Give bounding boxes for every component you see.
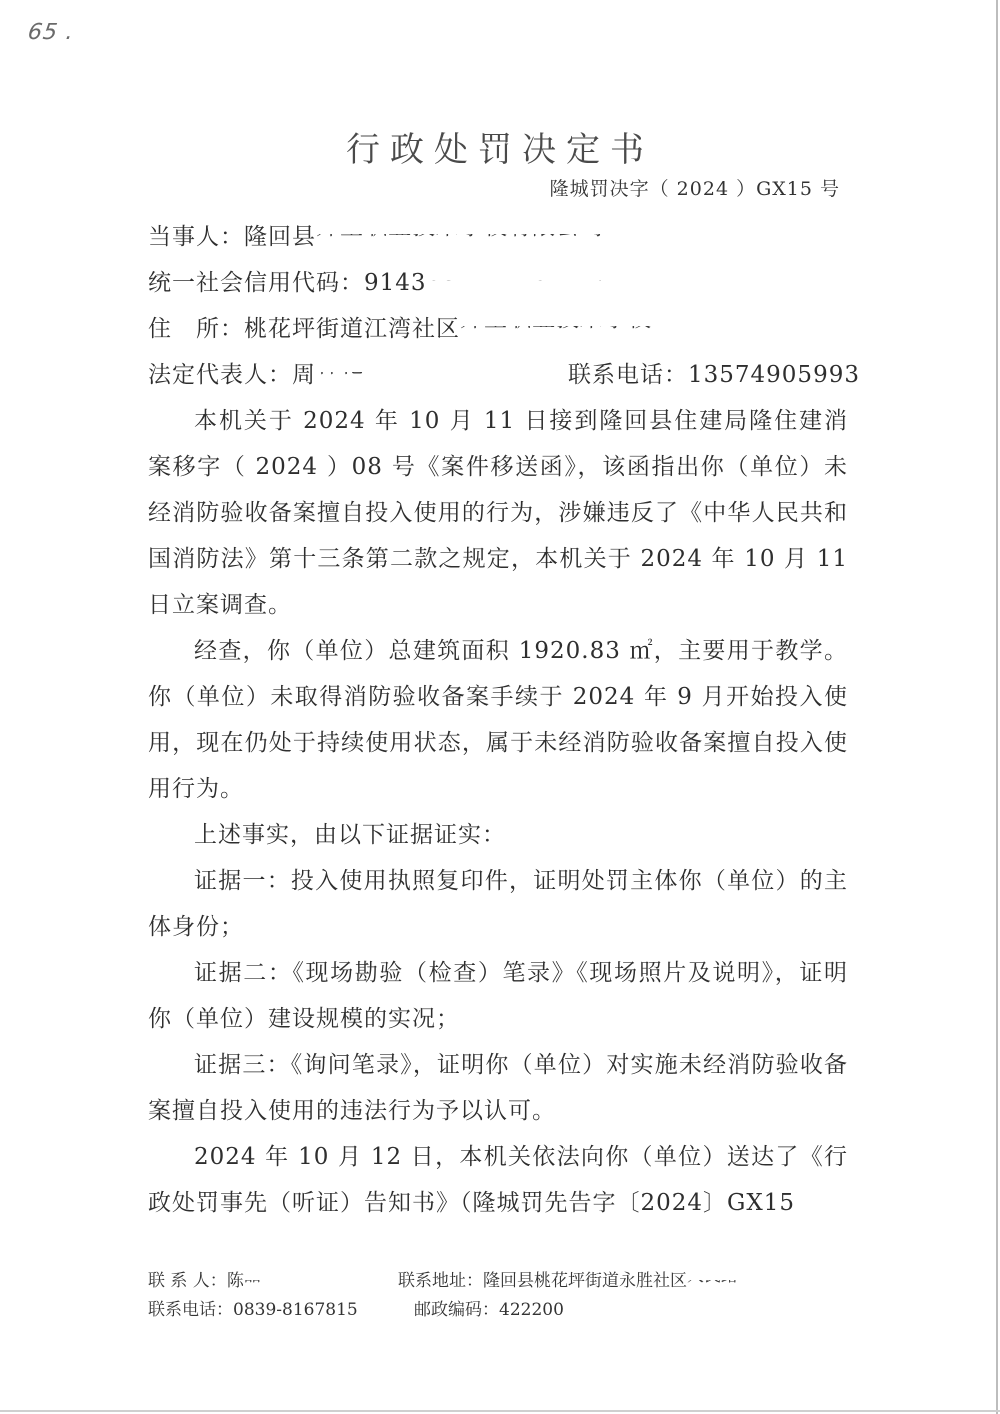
postal-code-value: 422200: [499, 1300, 564, 1320]
phone-field: 联系电话：13574905993: [568, 352, 860, 398]
contact-address-value: 隆回县桃花坪街道永胜社区: [483, 1271, 687, 1291]
page-edge-bottom: [0, 1410, 1000, 1412]
credit-code-field: 统一社会信用代码：91430521MACTENRT1T: [148, 260, 848, 306]
contact-address-redacted: 人民路: [687, 1280, 738, 1288]
credit-code-label: 统一社会信用代码：: [148, 270, 364, 296]
contact-address-field: 联系地址：隆回县桃花坪街道永胜社区人民路: [398, 1267, 738, 1296]
legal-rep-field: 法定代表人：周林花 联系电话：13574905993: [148, 352, 848, 398]
page-edge-right: [996, 0, 998, 1414]
document-content: 当事人：隆回县开垦职业技术学校有限公司 统一社会信用代码：91430521MAC…: [148, 214, 848, 1226]
contact-person-label: 联 系 人：: [148, 1271, 227, 1291]
address-field: 住 所：桃花坪街道江湾社区开垦职业技术学校: [148, 306, 848, 352]
paragraph-evidence-intro: 上述事实，由以下证据证实：: [148, 812, 848, 858]
party-label: 当事人：: [148, 224, 244, 250]
paragraph-case-intake: 本机关于 2024 年 10 月 11 日接到隆回县住建局隆住建消案移字（ 20…: [148, 398, 848, 628]
paragraph-evidence-3: 证据三：《询问笔录》，证明你（单位）对实施未经消防验收备案擅自投入使用的违法行为…: [148, 1042, 848, 1134]
contact-person-value: 陈: [227, 1271, 244, 1291]
paragraph-findings: 经查，你（单位）总建筑面积 1920.83 ㎡，主要用于教学。你（单位）未取得消…: [148, 628, 848, 812]
paragraph-notice-delivery: 2024 年 10 月 12 日，本机关依法向你（单位）送达了《行政处罚事先（听…: [148, 1134, 848, 1226]
address-redacted: 开垦职业技术学校: [460, 326, 652, 338]
credit-code-value: 9143: [364, 270, 427, 296]
legal-rep-label: 法定代表人：: [148, 362, 292, 388]
party-value-redacted: 开垦职业技术学校有限公司: [316, 234, 604, 246]
paragraph-evidence-2: 证据二：《现场勘验（检查）笔录》《现场照片及说明》，证明你（单位）建设规模的实况…: [148, 950, 848, 1042]
contact-phone-value: 0839-8167815: [233, 1300, 358, 1320]
handwritten-page-number: 65 .: [26, 20, 75, 45]
phone-value: 13574905993: [688, 362, 860, 388]
address-value: 桃花坪街道江湾社区: [244, 316, 460, 342]
document-title: 行政处罚决定书: [0, 122, 1000, 171]
contact-person-redacted: 晶: [244, 1280, 261, 1288]
footer-row-2: 联系电话：0839-8167815 邮政编码：422200: [148, 1296, 848, 1325]
paragraph-evidence-1: 证据一：投入使用执照复印件，证明处罚主体你（单位）的主体身份；: [148, 858, 848, 950]
legal-rep-value: 周: [292, 362, 316, 388]
contact-address-label: 联系地址：: [398, 1271, 483, 1291]
phone-label: 联系电话：: [568, 362, 688, 388]
credit-code-redacted: 0521MACTENRT1T: [427, 280, 672, 292]
legal-rep-redacted: 林花: [316, 372, 364, 384]
party-field: 当事人：隆回县开垦职业技术学校有限公司: [148, 214, 848, 260]
document-number: 隆城罚决字（ 2024 ）GX15 号: [550, 174, 840, 201]
postal-code-field: 邮政编码：422200: [414, 1296, 564, 1325]
document-footer: 联 系 人：陈晶 联系地址：隆回县桃花坪街道永胜社区人民路 联系电话：0839-…: [148, 1267, 848, 1325]
footer-row-1: 联 系 人：陈晶 联系地址：隆回县桃花坪街道永胜社区人民路: [148, 1267, 848, 1296]
postal-code-label: 邮政编码：: [414, 1300, 499, 1320]
contact-phone-label: 联系电话：: [148, 1300, 233, 1320]
address-label: 住 所：: [148, 316, 244, 342]
party-value: 隆回县: [244, 224, 316, 250]
